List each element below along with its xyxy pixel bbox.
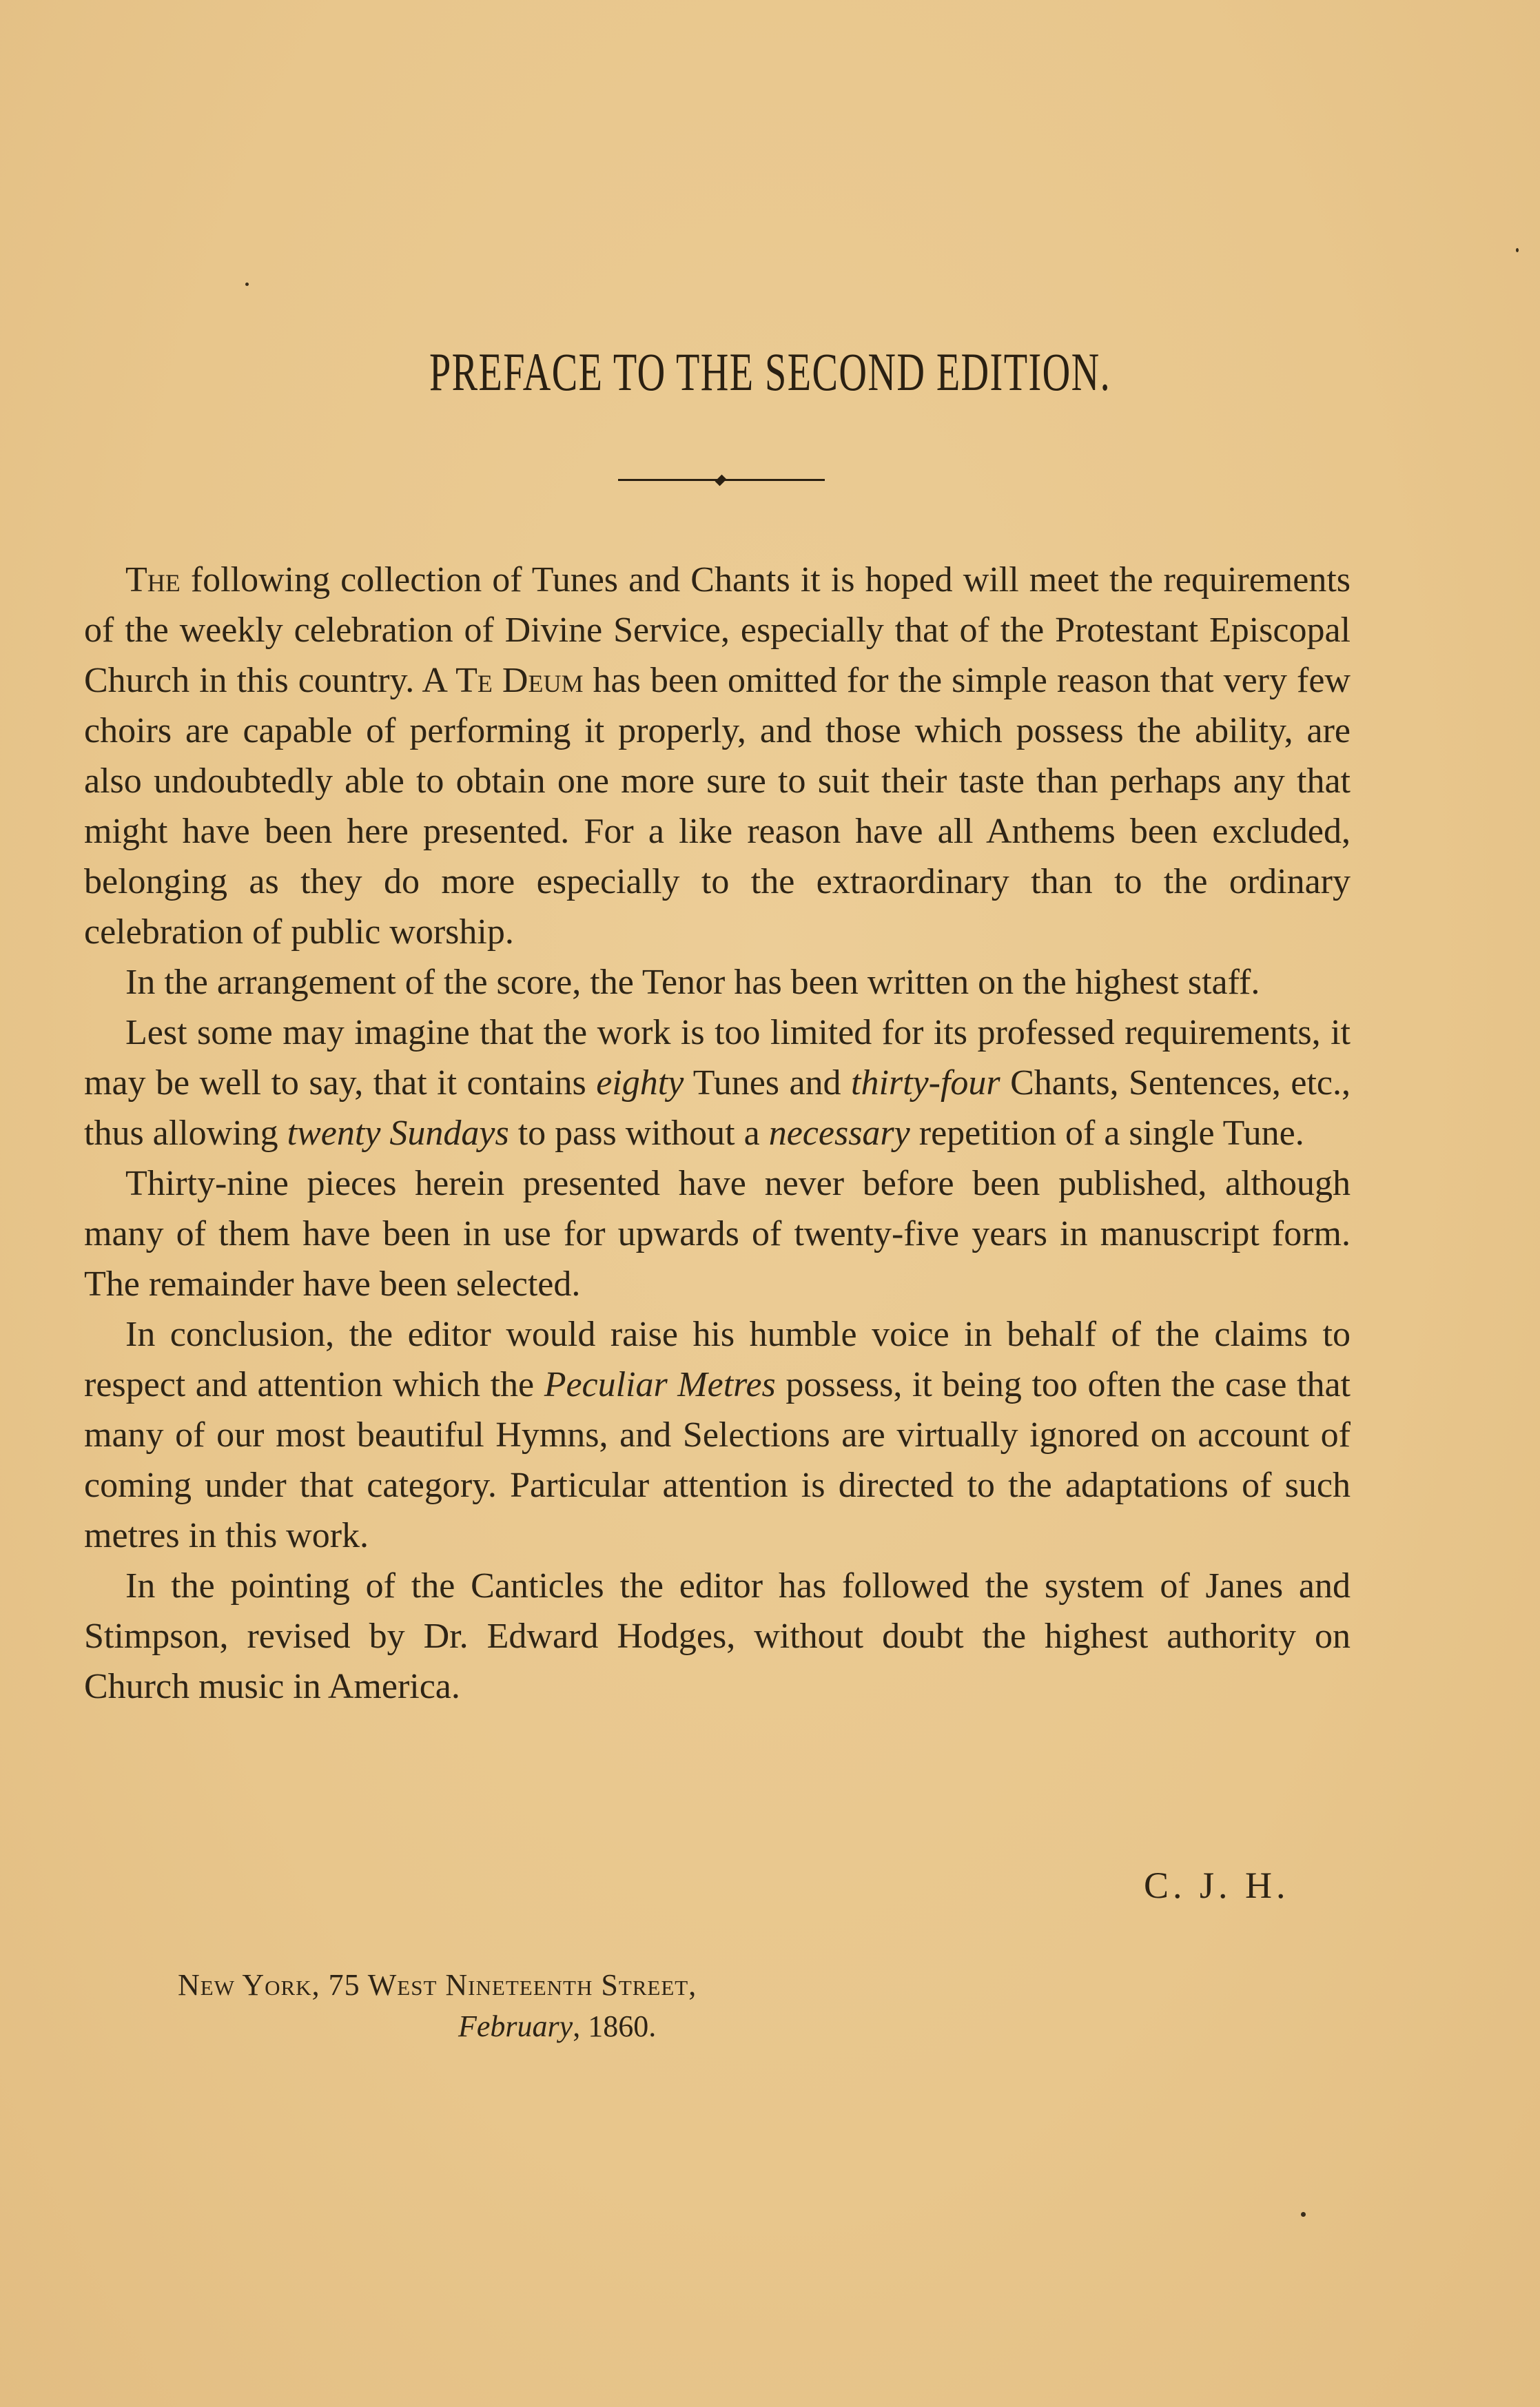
paragraph-1: The following collection of Tunes and Ch…: [84, 555, 1351, 957]
lead-caps: The: [125, 560, 181, 600]
page-title: PREFACE TO THE SECOND EDITION.: [216, 341, 1324, 403]
te-deum-caps: Te Deum: [455, 661, 583, 700]
document-page: PREFACE TO THE SECOND EDITION. The follo…: [0, 0, 1540, 2407]
place-line: New York, 75 West Nineteenth Street,: [178, 1967, 697, 2003]
paragraph-2: In the arrangement of the score, the Ten…: [84, 957, 1351, 1007]
date-month: February: [458, 2009, 573, 2043]
paper-speck: [1301, 2212, 1306, 2217]
ornament-rule-right: [725, 479, 825, 481]
paragraph-6: In the pointing of the Canticles the edi…: [84, 1561, 1351, 1712]
preface-body: The following collection of Tunes and Ch…: [84, 555, 1351, 1712]
emphasis: Peculiar Metres: [544, 1365, 776, 1404]
emphasis: thirty-four: [851, 1063, 1000, 1103]
emphasis: necessary: [769, 1114, 910, 1153]
paper-speck: [245, 283, 249, 286]
paragraph-4: Thirty-nine pieces herein presented have…: [84, 1158, 1351, 1309]
date-line: February, 1860.: [458, 2009, 656, 2044]
emphasis: twenty Sundays: [287, 1114, 509, 1153]
divider-ornament: [618, 475, 825, 484]
date-year: , 1860.: [573, 2009, 656, 2043]
paragraph-5: In conclusion, the editor would raise hi…: [84, 1309, 1351, 1561]
signature: C. J. H.: [1144, 1864, 1290, 1907]
paper-speck: [1516, 248, 1519, 252]
ornament-rule-left: [618, 479, 718, 481]
paragraph-3: Lest some may imagine that the work is t…: [84, 1007, 1351, 1158]
emphasis: eighty: [596, 1063, 684, 1103]
